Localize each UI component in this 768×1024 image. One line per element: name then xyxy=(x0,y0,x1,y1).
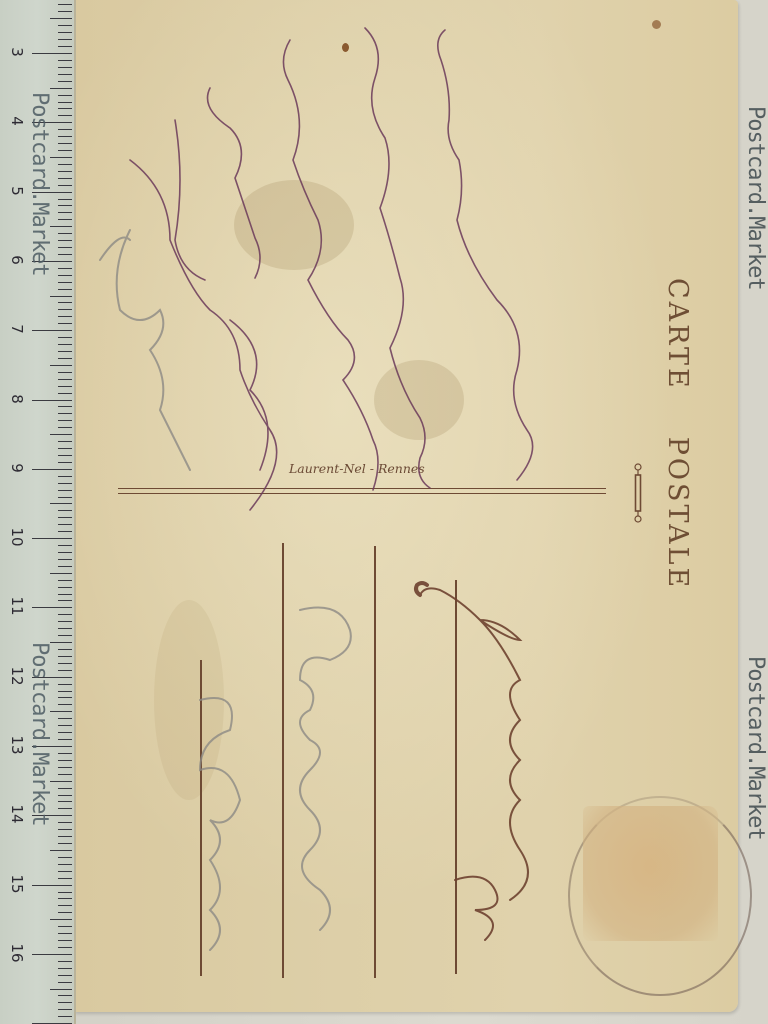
ruler-tick xyxy=(58,379,72,380)
ruler-tick xyxy=(58,490,72,491)
ruler-tick xyxy=(50,850,72,851)
ruler-tick xyxy=(58,60,72,61)
ruler-tick xyxy=(58,420,72,421)
ruler-number: 14 xyxy=(8,799,26,829)
ruler-tick xyxy=(58,635,72,636)
carte-postale-heading: CARTEPOSTALE xyxy=(662,278,693,590)
ruler-tick xyxy=(58,497,72,498)
ruler-tick xyxy=(58,517,72,518)
ruler-tick xyxy=(58,788,72,789)
ruler-tick xyxy=(58,247,72,248)
ruler-tick xyxy=(32,885,72,886)
ruler-tick xyxy=(58,302,72,303)
foxing-stain xyxy=(154,600,224,800)
ruler-tick xyxy=(58,843,72,844)
ruler-tick xyxy=(58,393,72,394)
ruler-tick xyxy=(58,774,72,775)
ruler-tick xyxy=(50,573,72,574)
ruler-tick xyxy=(58,628,72,629)
ruler-tick xyxy=(58,836,72,837)
ruler-tick xyxy=(50,18,72,19)
ruler-tick xyxy=(58,212,72,213)
ruler-tick xyxy=(58,316,72,317)
ruler-number: 16 xyxy=(8,938,26,968)
ruler-tick xyxy=(58,219,72,220)
ruler-tick xyxy=(58,95,72,96)
ruler-tick xyxy=(58,372,72,373)
ruler-tick xyxy=(50,157,72,158)
publisher-imprint: Laurent-Nel - Rennes xyxy=(289,461,425,476)
ruler-tick xyxy=(58,801,72,802)
ruler-tick xyxy=(58,670,72,671)
address-line-2 xyxy=(374,546,376,978)
ruler-tick xyxy=(58,614,72,615)
ruler-number: 5 xyxy=(8,176,26,206)
ruler-tick xyxy=(58,309,72,310)
ruler-tick xyxy=(58,344,72,345)
ruler-tick xyxy=(58,483,72,484)
ruler-tick xyxy=(58,323,72,324)
ruler-tick xyxy=(58,67,72,68)
foxing-stain xyxy=(374,360,464,440)
ruler-tick xyxy=(58,143,72,144)
ruler-tick xyxy=(58,829,72,830)
ruler-tick xyxy=(50,365,72,366)
ruler-tick xyxy=(58,289,72,290)
ruler-number: 10 xyxy=(8,522,26,552)
ruler-tick xyxy=(58,982,72,983)
ruler-tick xyxy=(58,580,72,581)
ruler-tick xyxy=(58,718,72,719)
ruler-tick xyxy=(58,205,72,206)
ruler-tick xyxy=(58,164,72,165)
ruler-tick xyxy=(32,607,72,608)
ruler-tick xyxy=(58,233,72,234)
ruler-tick xyxy=(58,351,72,352)
ruler-tick xyxy=(58,656,72,657)
ruler-tick xyxy=(58,795,72,796)
stamp-residue xyxy=(583,806,718,941)
ruler-tick xyxy=(32,400,72,401)
ruler-tick xyxy=(58,822,72,823)
ruler-number: 11 xyxy=(8,591,26,621)
ruler-tick xyxy=(50,781,72,782)
ruler-tick xyxy=(58,725,72,726)
ruler-tick xyxy=(58,1016,72,1017)
ruler-tick xyxy=(58,767,72,768)
ruler-tick xyxy=(58,413,72,414)
ruler-tick xyxy=(58,275,72,276)
measuring-ruler: 345678910111213141516Postcard.MarketPost… xyxy=(0,0,76,1024)
ruler-number: 4 xyxy=(8,106,26,136)
ruler-tick xyxy=(58,115,72,116)
ruler-number: 9 xyxy=(8,453,26,483)
ornament-icon xyxy=(633,463,643,523)
ruler-tick xyxy=(50,434,72,435)
ruler-tick xyxy=(58,594,72,595)
ruler-tick xyxy=(58,39,72,40)
ruler-tick xyxy=(58,4,72,5)
ruler-tick xyxy=(58,808,72,809)
ruler-tick xyxy=(32,53,72,54)
ruler-tick xyxy=(58,455,72,456)
ruler-tick xyxy=(58,254,72,255)
ruler-tick xyxy=(58,753,72,754)
ruler-number: 8 xyxy=(8,384,26,414)
ruler-tick xyxy=(58,240,72,241)
message-address-divider xyxy=(118,488,606,494)
ruler-tick xyxy=(58,199,72,200)
ruler-tick xyxy=(58,81,72,82)
ruler-tick xyxy=(58,905,72,906)
ruler-tick xyxy=(58,940,72,941)
ruler-tick xyxy=(32,538,72,539)
ruler-tick xyxy=(58,462,72,463)
ruler-tick xyxy=(50,989,72,990)
ruler-tick xyxy=(58,476,72,477)
ruler-number: 3 xyxy=(8,37,26,67)
ruler-tick xyxy=(50,642,72,643)
ruler-tick xyxy=(58,933,72,934)
ruler-tick xyxy=(58,649,72,650)
heading-word-postale: POSTALE xyxy=(662,437,693,590)
ruler-tick xyxy=(50,503,72,504)
ruler-tick xyxy=(32,330,72,331)
ruler-tick xyxy=(58,552,72,553)
ruler-tick xyxy=(58,975,72,976)
ruler-tick xyxy=(58,566,72,567)
ruler-tick xyxy=(58,732,72,733)
ruler-number: 12 xyxy=(8,661,26,691)
ruler-tick xyxy=(58,760,72,761)
ink-spot xyxy=(652,20,661,29)
ruler-number: 15 xyxy=(8,869,26,899)
ruler-tick xyxy=(58,406,72,407)
ruler-tick xyxy=(58,545,72,546)
ruler-tick xyxy=(58,448,72,449)
ruler-tick xyxy=(58,74,72,75)
ruler-tick xyxy=(50,919,72,920)
ruler-tick xyxy=(58,559,72,560)
ruler-tick xyxy=(58,171,72,172)
ruler-tick xyxy=(58,912,72,913)
ruler-tick xyxy=(58,129,72,130)
address-line-4 xyxy=(200,660,202,976)
ruler-tick xyxy=(58,102,72,103)
ruler-number: 13 xyxy=(8,730,26,760)
ruler-tick xyxy=(32,954,72,955)
ruler-tick xyxy=(58,600,72,601)
ruler-tick xyxy=(58,46,72,47)
ruler-tick xyxy=(58,878,72,879)
address-line-1 xyxy=(455,580,457,974)
ruler-watermark: Postcard.Market xyxy=(27,642,52,826)
ruler-tick xyxy=(50,88,72,89)
ruler-tick xyxy=(58,178,72,179)
ink-spot xyxy=(342,43,349,52)
ruler-tick xyxy=(58,892,72,893)
ruler-tick xyxy=(58,282,72,283)
ruler-tick xyxy=(58,136,72,137)
address-line-3 xyxy=(282,543,284,978)
ruler-tick xyxy=(50,296,72,297)
ruler-tick xyxy=(58,510,72,511)
watermark-right-top: Postcard.Market xyxy=(743,106,768,290)
ruler-tick xyxy=(58,704,72,705)
ruler-tick xyxy=(58,864,72,865)
ruler-number: 6 xyxy=(8,245,26,275)
ruler-tick xyxy=(58,531,72,532)
ruler-tick xyxy=(58,961,72,962)
ruler-tick xyxy=(58,108,72,109)
ruler-tick xyxy=(58,926,72,927)
ruler-tick xyxy=(58,587,72,588)
ruler-tick xyxy=(58,684,72,685)
ruler-tick xyxy=(32,469,72,470)
ruler-tick xyxy=(58,871,72,872)
ruler-tick xyxy=(58,427,72,428)
ruler-tick xyxy=(58,358,72,359)
ruler-tick xyxy=(58,32,72,33)
ruler-tick xyxy=(58,1002,72,1003)
ruler-tick xyxy=(58,857,72,858)
ruler-tick xyxy=(58,995,72,996)
ruler-tick xyxy=(58,150,72,151)
ruler-number: 7 xyxy=(8,314,26,344)
heading-word-carte: CARTE xyxy=(662,278,693,391)
ruler-tick xyxy=(58,898,72,899)
ruler-tick xyxy=(58,1009,72,1010)
ruler-tick xyxy=(58,691,72,692)
ruler-tick xyxy=(58,25,72,26)
ruler-tick xyxy=(58,947,72,948)
ruler-tick xyxy=(58,268,72,269)
ruler-tick xyxy=(58,663,72,664)
ruler-watermark: Postcard.Market xyxy=(27,92,52,276)
ruler-tick xyxy=(58,621,72,622)
ruler-tick xyxy=(58,697,72,698)
ruler-tick xyxy=(58,524,72,525)
ruler-tick xyxy=(58,968,72,969)
ruler-tick xyxy=(58,386,72,387)
ruler-tick xyxy=(58,739,72,740)
ruler-tick xyxy=(58,11,72,12)
ruler-tick xyxy=(50,226,72,227)
ruler-tick xyxy=(58,441,72,442)
ruler-tick xyxy=(58,185,72,186)
ruler-tick xyxy=(50,711,72,712)
ruler-tick xyxy=(58,337,72,338)
watermark-right-bottom: Postcard.Market xyxy=(743,656,768,840)
